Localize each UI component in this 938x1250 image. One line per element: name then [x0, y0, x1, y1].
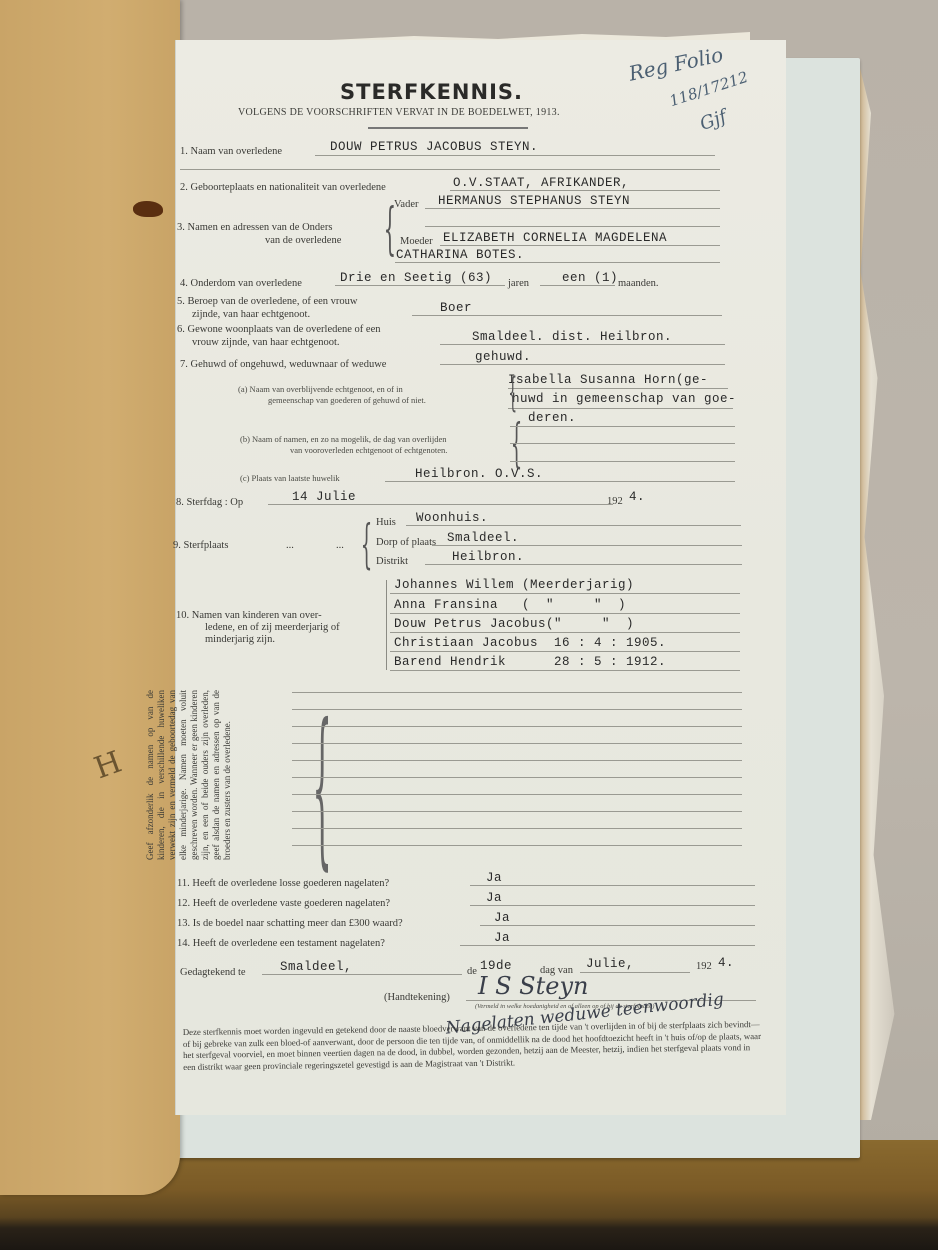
brace: {	[361, 515, 373, 575]
field-7b-label-2: van vooroverleden echtgenoot of echtgeno…	[290, 445, 447, 455]
dots: ...	[336, 540, 344, 551]
field-1-line	[315, 155, 715, 156]
child-line	[390, 593, 740, 594]
blank-line	[292, 709, 742, 710]
spouse-value-1: Isabella Susanna Horn(ge-	[508, 373, 708, 387]
marriage-place-value: Heilbron. O.V.S.	[415, 467, 543, 481]
day-value: 19de	[480, 959, 512, 973]
death-date-value: 14 Julie	[292, 490, 356, 504]
signature-label: (Handtekening)	[384, 992, 450, 1003]
field-7a-label-1: (a) Naam van overblijvende echtgenoot, e…	[238, 384, 403, 394]
field-12-value: Ja	[486, 891, 502, 905]
footer-instructions: Deze sterfkennis moet worden ingevuld en…	[183, 1019, 764, 1073]
child-2: Anna Fransina ( " " )	[394, 598, 626, 612]
punch-hole	[133, 201, 163, 217]
child-3: Douw Petrus Jacobus(" " )	[394, 617, 634, 631]
field-2-line	[450, 190, 720, 191]
field-1-line-2	[180, 169, 720, 170]
brace: {	[511, 414, 523, 474]
sign-year-suffix: 4.	[718, 956, 734, 970]
blank-line	[292, 726, 742, 727]
field-1-value: DOUW PETRUS JACOBUS STEYN.	[330, 140, 538, 154]
signed-at-value: Smaldeel,	[280, 960, 352, 974]
field-10-label-2: ledene, en of zij meerderjarig of	[205, 622, 340, 633]
death-year-suffix: 4.	[629, 490, 645, 504]
district-value: Heilbron.	[452, 550, 524, 564]
brace: {	[312, 688, 331, 886]
signed-at-label: Gedagtekend te	[180, 967, 246, 978]
child-4: Christiaan Jacobus 16 : 4 : 1905.	[394, 636, 666, 650]
child-1: Johannes Willem (Meerderjarig)	[394, 578, 634, 592]
page-title: STERFKENNIS.	[340, 80, 523, 104]
occupation-line	[412, 315, 722, 316]
marital-status-value: gehuwd.	[475, 350, 531, 364]
signed-at-line	[262, 974, 462, 975]
blank-line	[292, 692, 742, 693]
mother-line-2	[395, 262, 720, 263]
mother-line	[440, 245, 720, 246]
house-line	[406, 525, 741, 526]
blank-line	[292, 811, 742, 812]
sign-year-prefix: 192	[696, 961, 712, 972]
spouse-line-2	[508, 408, 733, 409]
blank-line	[292, 845, 742, 846]
death-date-line	[268, 504, 613, 505]
children-bracket	[386, 580, 387, 670]
occupation-value: Boer	[440, 301, 472, 315]
blank-line	[292, 828, 742, 829]
spouse-line-1	[508, 388, 728, 389]
field-11-line	[470, 885, 755, 886]
field-11-value: Ja	[486, 871, 502, 885]
age-years-line	[335, 285, 505, 286]
spouse-value-2: huwd in gemeenschap van goe-	[512, 392, 736, 406]
field-7a-label-2: gemeenschap van goederen of gehuwd of ni…	[268, 395, 426, 405]
residence-line	[440, 344, 725, 345]
blank-line	[292, 743, 742, 744]
field-13-label: 13. Is de boedel naar schatting meer dan…	[177, 918, 403, 929]
page-subtitle: VOLGENS DE VOORSCHRIFTEN VERVAT IN DE BO…	[238, 107, 560, 118]
field-3-label-2: van de overledene	[265, 235, 341, 246]
field-12-line	[470, 905, 755, 906]
field-7b-label-1: (b) Naam of namen, en zo na mogelik, de …	[240, 434, 447, 444]
field-13-value: Ja	[494, 911, 510, 925]
child-line	[390, 670, 740, 671]
child-line	[390, 632, 740, 633]
field-14-label: 14. Heeft de overledene een testament na…	[177, 938, 385, 949]
house-value: Woonhuis.	[416, 511, 488, 525]
month-line	[580, 972, 690, 973]
field-2-value: O.V.STAAT, AFRIKANDER,	[453, 176, 629, 190]
field-11-label: 11. Heeft de overledene losse goederen n…	[177, 878, 389, 889]
brace: {	[508, 370, 517, 416]
father-line-2	[425, 226, 720, 227]
field-12-label: 12. Heeft de overledene vaste goederen n…	[177, 898, 390, 909]
town-label: Dorp of plaats	[376, 537, 436, 548]
blank-line	[292, 777, 742, 778]
father-value: HERMANUS STEPHANUS STEYN	[438, 194, 630, 208]
months-label: maanden.	[618, 278, 659, 289]
field-8-label: 8. Sterfdag : Op	[176, 497, 243, 508]
field-5-label-2: zijnde, van haar echtgenoot.	[192, 309, 310, 320]
town-value: Smaldeel.	[447, 531, 519, 545]
signature: I S Steyn	[478, 972, 588, 1000]
father-line	[425, 208, 720, 209]
field-14-value: Ja	[494, 931, 510, 945]
age-years-value: Drie en Seetig (63)	[340, 271, 492, 285]
field-2-label: 2. Geboorteplaats en nationaliteit van o…	[180, 182, 386, 193]
district-line	[425, 564, 742, 565]
day-prefix: de	[467, 966, 477, 977]
child-5: Barend Hendrik 28 : 5 : 1912.	[394, 655, 666, 669]
mother-value-1: ELIZABETH CORNELIA MAGDELENA	[443, 231, 667, 245]
years-label: jaren	[508, 278, 529, 289]
previous-spouse-line-3	[510, 461, 735, 462]
title-rule	[368, 127, 528, 129]
marital-status-line	[440, 364, 725, 365]
mother-value-2: CATHARINA BOTES.	[396, 248, 524, 262]
month-value: Julie,	[586, 957, 634, 971]
district-label: Distrikt	[376, 556, 408, 567]
field-5-label-1: 5. Beroep van de overledene, of een vrou…	[177, 296, 357, 307]
age-months-value: een (1)	[562, 271, 618, 285]
previous-spouse-line-2	[510, 443, 735, 444]
blank-line	[292, 760, 742, 761]
death-year-prefix: 192	[607, 496, 623, 507]
folder-cover: H	[0, 0, 180, 1195]
previous-spouse-line-1	[510, 426, 735, 427]
field-10-label-1: 10. Namen van kinderen van over-	[176, 610, 322, 621]
field-7c-label: (c) Plaats van laatste huwelik	[240, 473, 340, 483]
age-months-line	[540, 285, 615, 286]
pencil-mark: H	[90, 745, 127, 787]
dots: ...	[286, 540, 294, 551]
field-4-label: 4. Onderdom van overledene	[180, 278, 302, 289]
field-14-line	[460, 945, 755, 946]
marriage-place-line	[385, 481, 735, 482]
town-line	[432, 545, 742, 546]
field-6-label-2: vrouw zijnde, van haar echtgenoot.	[192, 337, 340, 348]
spouse-value-3: deren.	[528, 411, 576, 425]
blank-line	[292, 794, 742, 795]
residence-value: Smaldeel. dist. Heilbron.	[472, 330, 672, 344]
field-9-label: 9. Sterfplaats	[173, 540, 228, 551]
child-line	[390, 651, 740, 652]
field-13-line	[480, 925, 755, 926]
field-6-label-1: 6. Gewone woonplaats van de overledene o…	[177, 324, 381, 335]
field-3-label-1: 3. Namen en adressen van de Onders	[177, 222, 332, 233]
field-1-label: 1. Naam van overledene	[180, 146, 282, 157]
child-line	[390, 613, 740, 614]
father-label: Vader	[394, 199, 419, 210]
field-7-label: 7. Gehuwd of ongehuwd, weduwnaar of wedu…	[180, 359, 386, 370]
house-label: Huis	[376, 517, 396, 528]
field-10-label-3: minderjarig zijn.	[205, 634, 275, 645]
mother-label: Moeder	[400, 236, 433, 247]
side-instructions: Geef afzonderlik de namen op van de kind…	[145, 690, 285, 860]
